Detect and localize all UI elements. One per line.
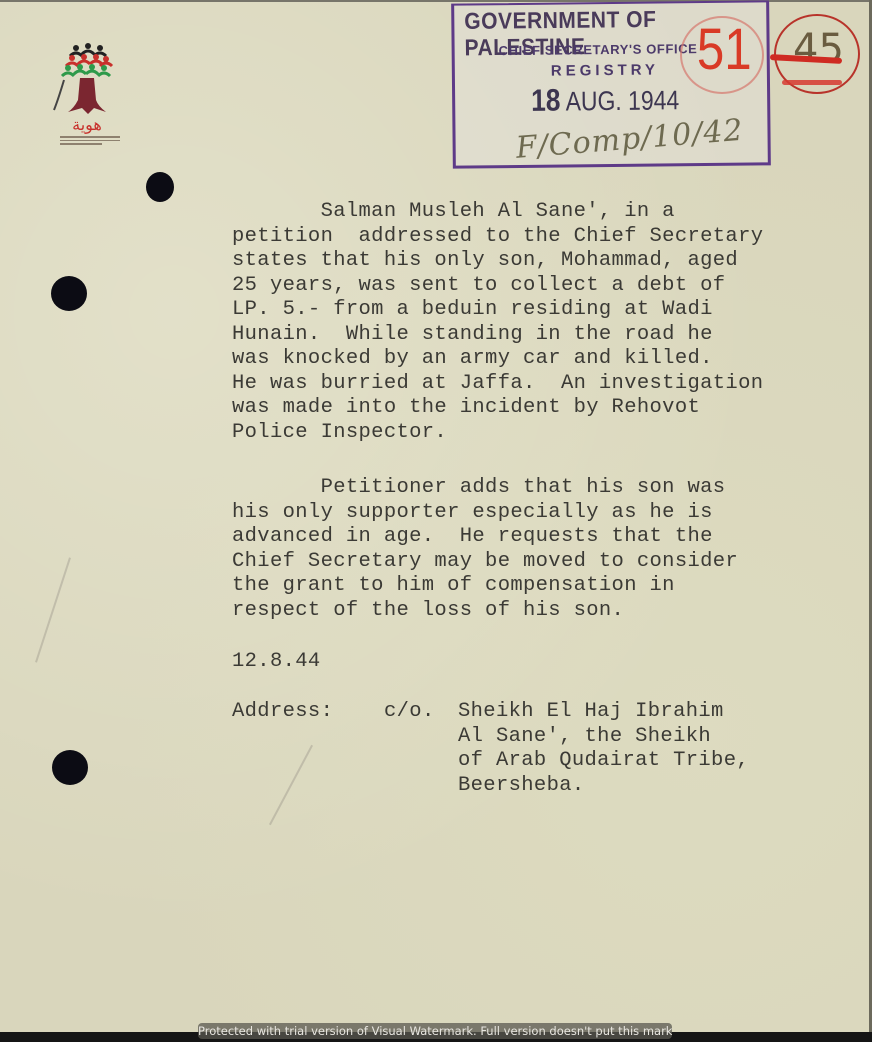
petition-paragraph-1: Salman Musleh Al Sane', in a petition ad…	[232, 200, 763, 445]
stamp-date: 18 AUG. 1944	[531, 81, 679, 119]
archive-logo: هوية	[52, 42, 122, 150]
stamp-registry: REGISTRY	[551, 61, 659, 79]
watermark-text: Protected with trial version of Visual W…	[198, 1023, 672, 1039]
fold-mark	[35, 557, 71, 662]
stamp-office: CHIEF SECRETARY'S OFFICE	[499, 41, 698, 58]
address-lines: Sheikh El Haj Ibrahim Al Sane', the Shei…	[458, 700, 749, 798]
address-label: Address:	[232, 700, 333, 723]
petition-paragraph-2: Petitioner adds that his son was his onl…	[232, 476, 738, 623]
logo-caption	[60, 134, 120, 146]
folio-number: 51	[697, 16, 752, 83]
tree-people-icon: هوية	[52, 42, 122, 134]
address-care-of: c/o.	[384, 700, 435, 723]
old-folio-number: 45	[793, 26, 844, 72]
strike-through-mark	[782, 80, 842, 85]
handwritten-file-reference: F/Comp/10/42	[515, 113, 745, 166]
punch-hole	[51, 276, 87, 311]
punch-hole	[146, 172, 174, 202]
document-page: هوية GOVERNMENT OF PALESTINE CHIEF SECRE…	[0, 0, 872, 1042]
punch-hole	[52, 750, 88, 785]
letter-date: 12.8.44	[232, 650, 321, 673]
svg-text:هوية: هوية	[72, 115, 102, 134]
fold-mark	[269, 745, 313, 825]
